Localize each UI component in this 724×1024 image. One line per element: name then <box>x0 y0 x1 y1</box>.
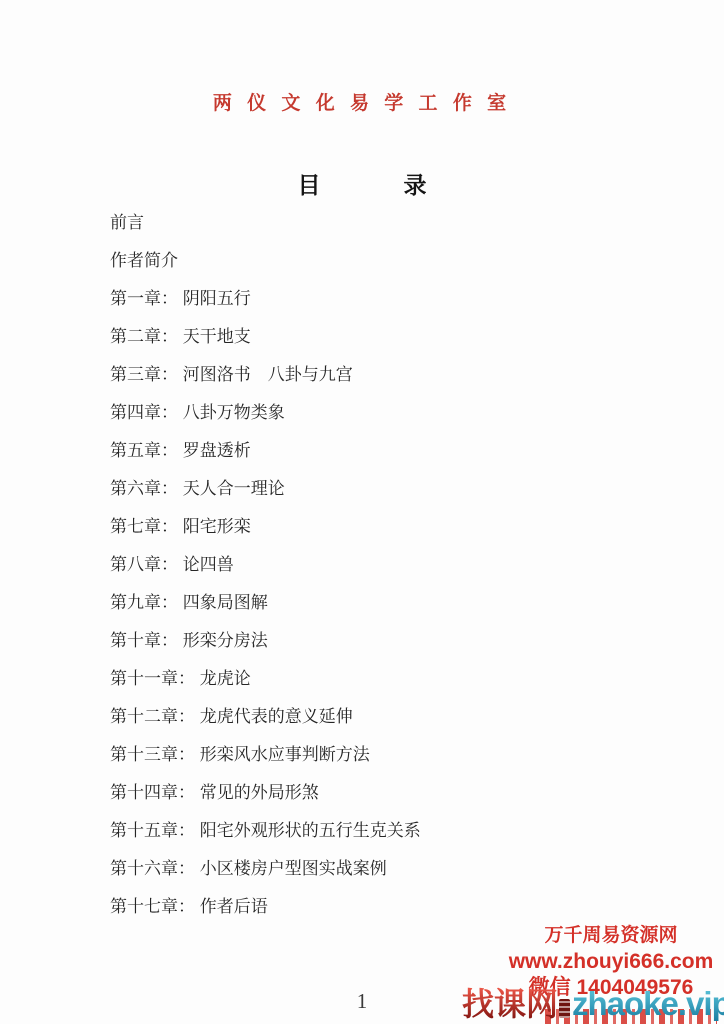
toc-title-char-right: 录 <box>404 173 427 197</box>
toc-item: 第十章： 形栾分房法 <box>110 619 421 657</box>
toc-item: 第十六章： 小区楼房户型图实战案例 <box>110 847 421 885</box>
toc-item: 作者简介 <box>110 239 421 277</box>
toc-item: 第十七章： 作者后语 <box>110 885 421 923</box>
watermark-domain: zhaoke.vip <box>572 986 724 1021</box>
blue-watermark: 找课网 zhaoke.vip <box>462 986 724 1021</box>
document-page: 两 仪 文 化 易 学 工 作 室 目 录 前言作者简介第一章： 阴阳五行第二章… <box>0 0 724 1024</box>
toc-list: 前言作者简介第一章： 阴阳五行第二章： 天干地支第三章： 河图洛书 八卦与九宫第… <box>110 201 421 923</box>
toc-item: 第四章： 八卦万物类象 <box>110 391 421 429</box>
watermark-brand: 找课网 <box>462 987 558 1021</box>
toc-item: 第六章： 天人合一理论 <box>110 467 421 505</box>
toc-item: 第二章： 天干地支 <box>110 315 421 353</box>
toc-item: 第十二章： 龙虎代表的意义延伸 <box>110 695 421 733</box>
toc-item: 第十四章： 常见的外局形煞 <box>110 771 421 809</box>
toc-title-char-left: 目 <box>298 173 321 197</box>
toc-item: 第三章： 河图洛书 八卦与九宫 <box>110 353 421 391</box>
toc-item: 第十五章： 阳宅外观形状的五行生克关系 <box>110 809 421 847</box>
workshop-header: 两 仪 文 化 易 学 工 作 室 <box>0 93 724 114</box>
toc-item: 第九章： 四象局图解 <box>110 581 421 619</box>
watermark-seal-icon <box>559 999 570 1018</box>
toc-item: 第一章： 阴阳五行 <box>110 277 421 315</box>
toc-item: 第七章： 阳宅形栾 <box>110 505 421 543</box>
toc-item: 前言 <box>110 201 421 239</box>
toc-item: 第十一章： 龙虎论 <box>110 657 421 695</box>
watermark-site-name: 万千周易资源网 <box>505 923 717 949</box>
toc-item: 第十三章： 形栾风水应事判断方法 <box>110 733 421 771</box>
watermark-url: www.zhouyi666.com <box>505 949 717 975</box>
toc-title: 目 录 <box>0 173 724 197</box>
toc-item: 第五章： 罗盘透析 <box>110 429 421 467</box>
toc-item: 第八章： 论四兽 <box>110 543 421 581</box>
